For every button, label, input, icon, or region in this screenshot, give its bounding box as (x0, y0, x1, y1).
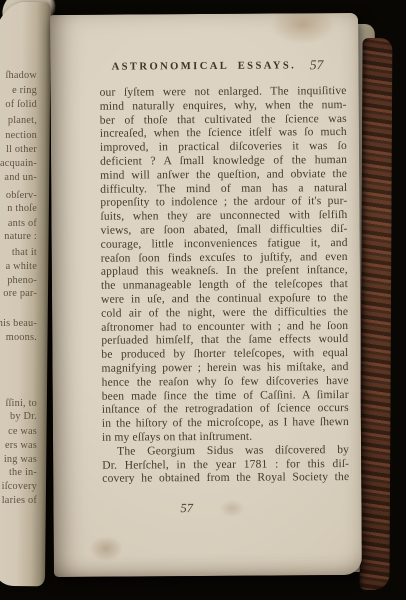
text-line: our ſyſtem were not enlarged. The inquiſ… (100, 84, 347, 100)
marbled-board-edge (360, 38, 393, 590)
page-header: ASTRONOMICAL ESSAYS. 57 (99, 60, 346, 80)
header-page-number: 57 (310, 57, 324, 73)
body-text: our ſyſtem were not enlarged. The inquiſ… (100, 84, 350, 486)
facing-page-edge (0, 2, 51, 587)
text-line: deficient ? A ſmall knowledge of the hum… (100, 153, 347, 169)
text-line: magnifying power ; herein was his miſtak… (101, 360, 348, 376)
book-page: ASTRONOMICAL ESSAYS. 57 our ſyſtem were … (50, 13, 362, 577)
text-line: courage, little inconveniences fatigue i… (101, 236, 348, 252)
text-line: views, are ſoon abated, ſmall difficulti… (100, 222, 347, 238)
text-line: cold air of the night, were the difficul… (101, 305, 348, 321)
text-line: covery he obtained from the Royal Societ… (102, 470, 349, 486)
paragraph: our ſyſtem were not enlarged. The inquiſ… (100, 84, 349, 444)
text-line: The Georgium Sidus was diſcovered by (102, 443, 349, 459)
text-line: in the hiſtory of the microſcope, as I h… (102, 415, 349, 431)
text-line: mind naturally enquires, why, when the n… (100, 98, 347, 114)
text-line: mind will anſwer the queſtion, and obvia… (100, 167, 347, 183)
book-photo-scene: ſhadowe ringof ſolidplanet,nectionll oth… (0, 0, 406, 600)
text-line: were in uſe, and the continual expoſure … (101, 291, 348, 307)
footer-page-number: 57 (180, 501, 193, 516)
paragraph: The Georgium Sidus was diſcovered byDr. … (102, 443, 349, 486)
text-line: hence the reaſon why ſo few diſcoveries … (102, 374, 349, 390)
